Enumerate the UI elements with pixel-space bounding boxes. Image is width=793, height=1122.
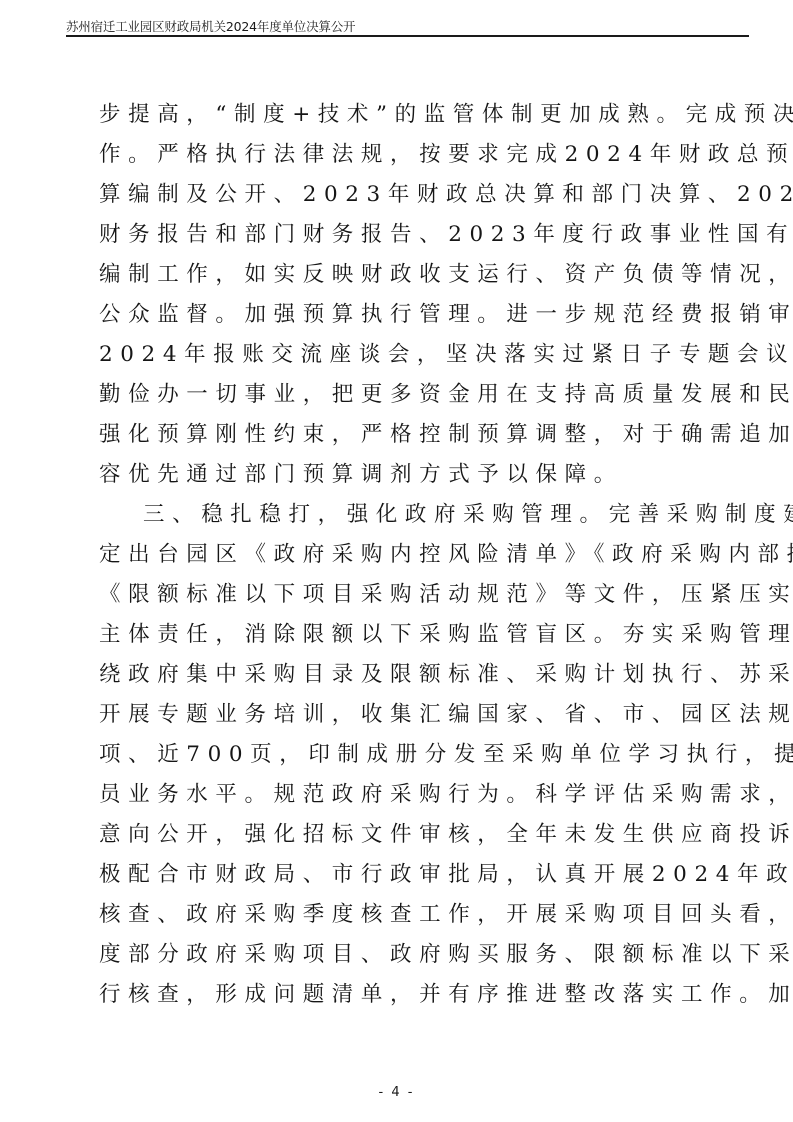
text-line: 意向公开，强化招标文件审核，全年未发生供应商投诉事项；积 xyxy=(99,815,719,855)
text-line: 财务报告和部门财务报告、2023年度行政事业性国有资产报告等 xyxy=(99,215,719,255)
body-text: 步提高，“制度+技术”的监管体制更加成熟。完成预决算编制工 作。严格执行法律法规… xyxy=(99,95,719,1015)
text-line: 步提高，“制度+技术”的监管体制更加成熟。完成预决算编制工 xyxy=(99,95,719,135)
text-line: 极配合市财政局、市行政审批局，认真开展2024年政府采购项目 xyxy=(99,855,719,895)
text-line: 开展专题业务培训，收集汇编国家、省、市、园区法规政策共96 xyxy=(99,695,719,735)
text-line: 核查、政府采购季度核查工作，开展采购项目回头看，对以前年 xyxy=(99,895,719,935)
header-rule xyxy=(66,35,749,37)
text-line: 员业务水平。规范政府采购行为。科学评估采购需求，严格落实 xyxy=(99,775,719,815)
text-line: 主体责任，消除限额以下采购监管盲区。夯实采购管理基础。围 xyxy=(99,615,719,655)
text-line: 2024年报账交流座谈会，坚决落实过紧日子专题会议要求，坚持 xyxy=(99,335,719,375)
text-line: 《限额标准以下项目采购活动规范》等文件，压紧压实采购单位 xyxy=(99,575,719,615)
text-line: 强化预算刚性约束，严格控制预算调整，对于确需追加的支出内 xyxy=(99,415,719,455)
text-line: 度部分政府采购项目、政府购买服务、限额标准以下采购项目进 xyxy=(99,935,719,975)
text-line: 容优先通过部门预算调剂方式予以保障。 xyxy=(99,455,719,495)
running-header-title: 苏州宿迁工业园区财政局机关2024年度单位决算公开 xyxy=(66,19,355,34)
text-line: 定出台园区《政府采购内控风险清单》《政府采购内部控制规范》 xyxy=(99,535,719,575)
text-line: 算编制及公开、2023年财政总决算和部门决算、2023年政府综合 xyxy=(99,175,719,215)
text-line: 绕政府集中采购目录及限额标准、采购计划执行、苏采云操作等 xyxy=(99,655,719,695)
text-line: 公众监督。加强预算执行管理。进一步规范经费报销审核，召开 xyxy=(99,295,719,335)
text-line: 行核查，形成问题清单，并有序推进整改落实工作。加强信息系 xyxy=(99,975,719,1015)
text-line: 勤俭办一切事业，把更多资金用在支持高质量发展和民生保障上； xyxy=(99,375,719,415)
text-line: 项、近700页，印制成册分发至采购单位学习执行，提高经办人 xyxy=(99,735,719,775)
section-heading-line: 三、稳扎稳打，强化政府采购管理。完善采购制度建设。制 xyxy=(99,495,719,535)
page-number: - 4 - xyxy=(0,1085,793,1101)
text-line: 编制工作，如实反映财政收支运行、资产负债等情况，接受社会 xyxy=(99,255,719,295)
text-line: 作。严格执行法律法规，按要求完成2024年财政总预算和部门预 xyxy=(99,135,719,175)
